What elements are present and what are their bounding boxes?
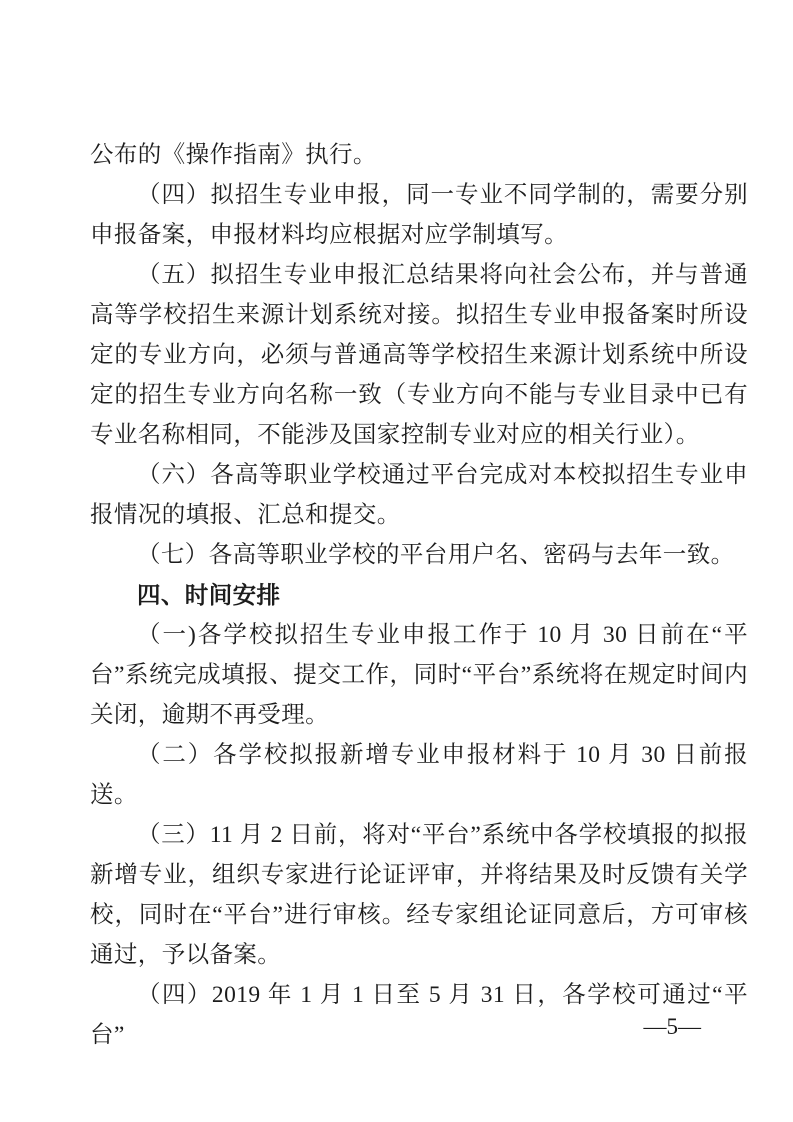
paragraph-clause-4-separate-declaration: （四）拟招生专业申报，同一专业不同学制的，需要分别申报备案，申报材料均应根据对应… bbox=[90, 175, 748, 255]
paragraph-schedule-item-3-expert-review: （三）11 月 2 日前，将对“平台”系统中各学校填报的拟报新增专业，组织专家进… bbox=[90, 815, 748, 975]
paragraph-schedule-item-2-materials-oct30: （二）各学校拟报新增专业申报材料于 10 月 30 日前报送。 bbox=[90, 735, 748, 815]
document-page: 公布的《操作指南》执行。 （四）拟招生专业申报，同一专业不同学制的，需要分别申报… bbox=[0, 0, 793, 1122]
document-body: 公布的《操作指南》执行。 （四）拟招生专业申报，同一专业不同学制的，需要分别申报… bbox=[90, 135, 748, 1055]
paragraph-operation-guide-continuation: 公布的《操作指南》执行。 bbox=[90, 135, 748, 175]
paragraph-schedule-item-1-deadline-oct30: （一)各学校拟招生专业申报工作于 10 月 30 日前在“平台”系统完成填报、提… bbox=[90, 615, 748, 735]
paragraph-clause-7-platform-credentials: （七）各高等职业学校的平台用户名、密码与去年一致。 bbox=[90, 535, 748, 575]
paragraph-clause-5-summary-publication: （五）拟招生专业申报汇总结果将向社会公布，并与普通高等学校招生来源计划系统对接。… bbox=[90, 255, 748, 455]
section-heading-time-schedule: 四、时间安排 bbox=[90, 575, 748, 615]
page-number: —5— bbox=[644, 1013, 702, 1041]
paragraph-clause-6-platform-submission: （六）各高等职业学校通过平台完成对本校拟招生专业申报情况的填报、汇总和提交。 bbox=[90, 455, 748, 535]
